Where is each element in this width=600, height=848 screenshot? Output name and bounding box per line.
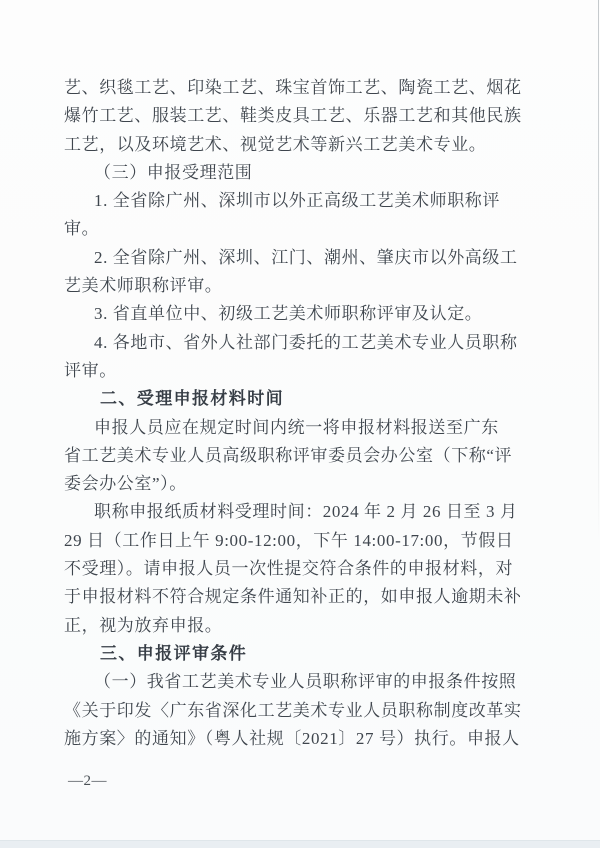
body-line: 施方案〉的通知》（粤人社规〔2021〕27 号）执行。申报人 <box>64 725 532 753</box>
body-line: 1. 全省除广州、深圳市以外正高级工艺美术师职称评 <box>64 187 532 215</box>
body-line: 申报人员应在规定时间内统一将申报材料报送至广东 <box>64 414 532 442</box>
body-line: 不受理）。请申报人员一次性提交符合条件的申报材料，对 <box>64 555 532 583</box>
page-number: —2— <box>68 771 107 791</box>
body-line: 省工艺美术专业人员高级职称评审委员会办公室（下称“评 <box>64 442 532 470</box>
body-line: 艺、织毯工艺、印染工艺、珠宝首饰工艺、陶瓷工艺、烟花 <box>64 74 532 102</box>
body-line: 29 日（工作日上午 9:00-12:00，下午 14:00-17:00，节假日 <box>64 527 532 555</box>
body-line: 工艺，以及环境艺术、视觉艺术等新兴工艺美术专业。 <box>64 131 532 159</box>
text-block: 艺、织毯工艺、印染工艺、珠宝首饰工艺、陶瓷工艺、烟花爆竹工艺、服装工艺、鞋类皮具… <box>64 74 532 753</box>
body-line: 3. 省直单位中、初级工艺美术师职称评审及认定。 <box>64 300 532 328</box>
body-line: （三）申报受理范围 <box>64 159 532 187</box>
body-line: 评审。 <box>64 357 532 385</box>
body-line: 《关于印发〈广东省深化工艺美术专业人员职称制度改革实 <box>64 697 532 725</box>
heading-line: 二、受理申报材料时间 <box>64 385 532 413</box>
body-line: （一）我省工艺美术专业人员职称评审的申报条件按照 <box>64 668 532 696</box>
body-line: 正，视为放弃申报。 <box>64 612 532 640</box>
heading-line: 三、申报评审条件 <box>64 640 532 668</box>
body-line: 审。 <box>64 215 532 243</box>
body-line: 艺美术师职称评审。 <box>64 272 532 300</box>
body-line: 2. 全省除广州、深圳、江门、潮州、肇庆市以外高级工 <box>64 244 532 272</box>
body-line: 爆竹工艺、服装工艺、鞋类皮具工艺、乐器工艺和其他民族 <box>64 102 532 130</box>
body-line: 委会办公室”）。 <box>64 470 532 498</box>
body-line: 4. 各地市、省外人社部门委托的工艺美术专业人员职称 <box>64 329 532 357</box>
body-line: 职称申报纸质材料受理时间：2024 年 2 月 26 日至 3 月 <box>64 498 532 526</box>
scan-edge-right <box>598 0 599 540</box>
body-line: 于申报材料不符合规定条件通知补正的，如申报人逾期未补 <box>64 583 532 611</box>
scanned-document-page: 艺、织毯工艺、印染工艺、珠宝首饰工艺、陶瓷工艺、烟花爆竹工艺、服装工艺、鞋类皮具… <box>0 0 600 848</box>
scan-edge-bottom <box>0 840 600 848</box>
